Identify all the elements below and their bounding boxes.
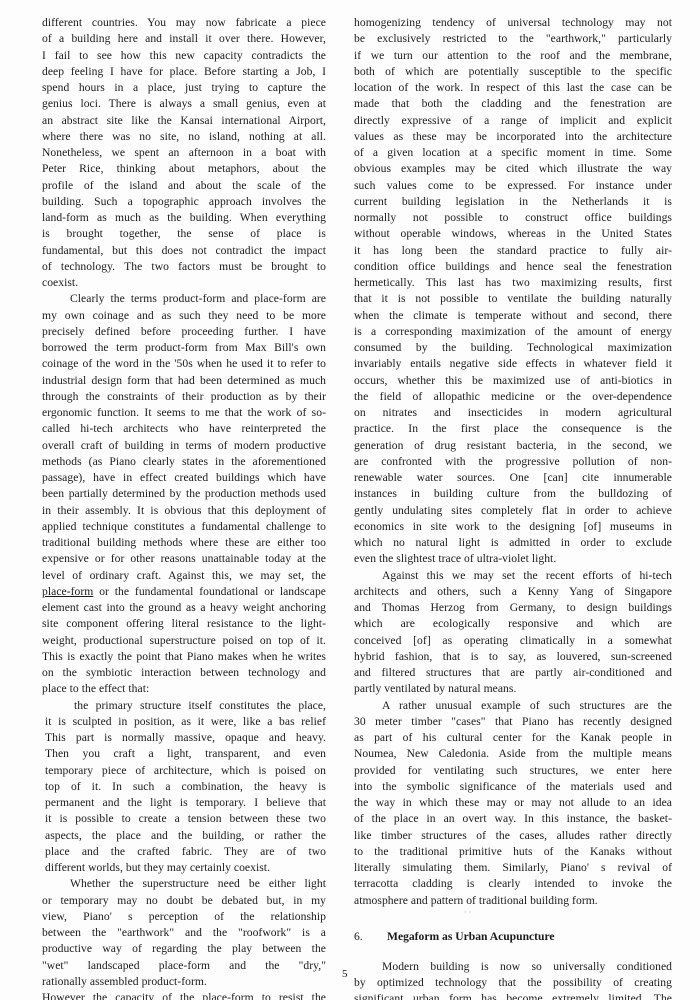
- text-line: between the "earthwork" and the "roofwor…: [42, 925, 326, 941]
- text-line-with-underline: place-form or the fundamental foundation…: [42, 584, 326, 600]
- text-line: of a given location at a specific moment…: [354, 145, 672, 161]
- text-line: applied technique constitutes a fundamen…: [42, 519, 326, 535]
- underlined-term: place-form: [42, 585, 93, 598]
- text-line: when the climate is temperate without an…: [354, 308, 672, 324]
- text-line: if we turn our attention to the roof and…: [354, 48, 672, 64]
- scan-speck: · ·: [354, 909, 672, 917]
- text-line: and Thomas Herzog from Germany, to desig…: [354, 600, 672, 616]
- text-line: industrial design form that had been det…: [42, 373, 326, 389]
- text-line: as part of his cultural center for the K…: [354, 730, 672, 746]
- paragraph-start-line: Against this we may set the recent effor…: [354, 568, 672, 584]
- text-line: which are ecologically responsive and wh…: [354, 616, 672, 632]
- text-line: profile of the island and about the scal…: [42, 178, 326, 194]
- text-line: fundamental, but this does not contradic…: [42, 243, 326, 259]
- text-line: is a corresponding maximization of the a…: [354, 324, 672, 340]
- text-line: invariably entails negative side effects…: [354, 356, 672, 372]
- text-line: and filtered structures that are partly …: [354, 665, 672, 681]
- text-line: traditional building methods where these…: [42, 535, 326, 551]
- quote-line: Then you craft a light, transparent, and…: [45, 746, 326, 762]
- quote-line: place and the crafted fabric. They are o…: [45, 844, 326, 860]
- page-number: 5: [342, 968, 348, 980]
- text-line: homogenizing tendency of universal techn…: [354, 15, 672, 31]
- text-line: coinage of the word in the '50s when he …: [42, 356, 326, 372]
- text-line: location of the work. In respect of this…: [354, 80, 672, 96]
- text-line: weight, productional superstructure pois…: [42, 633, 326, 649]
- text-line: economics in site work to the designing …: [354, 519, 672, 535]
- text-line: hermetically. This last has two maximizi…: [354, 275, 672, 291]
- paragraph-start-line: Whether the superstructure need be eithe…: [42, 876, 326, 892]
- text-line: been partially determined by the product…: [42, 486, 326, 502]
- text-line: occurs, whether this be maximized use of…: [354, 373, 672, 389]
- text-line: that it is not possible to ventilate the…: [354, 291, 672, 307]
- text-line: current building legislation in the Neth…: [354, 194, 672, 210]
- quote-line: it is sculpted in position, as it were, …: [45, 714, 326, 730]
- paragraph-start-line: Clearly the terms product-form and place…: [42, 291, 326, 307]
- text-line: deep feeling I have for place. Before st…: [42, 64, 326, 80]
- text-line: methods (as Piano clearly states in the …: [42, 454, 326, 470]
- text-line: condition office buildings and hence sea…: [354, 259, 672, 275]
- quote-line: different worlds, but they may certainly…: [45, 860, 326, 876]
- text-line: consumed by the building. Technological …: [354, 340, 672, 356]
- text-line: I fail to see how this new capacity cont…: [42, 48, 326, 64]
- right-column: homogenizing tendency of universal techn…: [354, 15, 672, 1000]
- text-line: expensive or for other reasons unattaina…: [42, 551, 326, 567]
- text-line: gently undulating sites completely flat …: [354, 503, 672, 519]
- text-line: site component offering literal resistan…: [42, 616, 326, 632]
- text-line: provided for ventilating such structures…: [354, 763, 672, 779]
- text-line: precisely defined before proceeding furt…: [42, 324, 326, 340]
- text-line: or temporary may no doubt be debated but…: [42, 893, 326, 909]
- paragraph-start-line: Modern building is now so universally co…: [354, 959, 672, 975]
- text-line: partly ventilated by natural means.: [354, 681, 672, 697]
- text-line: obvious examples may be cited which illu…: [354, 161, 672, 177]
- text-line: conceived [of] as operating climatically…: [354, 633, 672, 649]
- text-line: This is exactly the point that Piano mak…: [42, 649, 326, 665]
- text-line: passage), have in effect created buildin…: [42, 470, 326, 486]
- left-column: different countries. You may now fabrica…: [42, 15, 326, 1000]
- text-line: in their assembly. It is obvious that th…: [42, 503, 326, 519]
- text-line: such values come to be expressed. For in…: [354, 178, 672, 194]
- text-line: where there was no site, no island, noth…: [42, 129, 326, 145]
- text-line: spend hours in a place, just trying to c…: [42, 80, 326, 96]
- quote-line: the primary structure itself constitutes…: [45, 698, 326, 714]
- text-line: even the slightest trace of ultra-violet…: [354, 551, 672, 567]
- text-line: my own coinage and as such they need to …: [42, 308, 326, 324]
- text-line: productive way of regarding the play bet…: [42, 941, 326, 957]
- text-line: directly expressive of a range of implic…: [354, 113, 672, 129]
- text-line: building. Such a topographic approach in…: [42, 194, 326, 210]
- text-line: Peter Rice, thinking about metaphors, ab…: [42, 161, 326, 177]
- text-line: Noumea, New Caledonia. Aside from the mu…: [354, 746, 672, 762]
- text-line: to the traditional primitive huts of the…: [354, 844, 672, 860]
- text-line: instances in building culture from the b…: [354, 486, 672, 502]
- text-line: on the symbiotic interaction between tec…: [42, 665, 326, 681]
- text-line: it has long been the standard practice t…: [354, 243, 672, 259]
- text-line: literally simulating them. Similarly, Pi…: [354, 860, 672, 876]
- text-line: land-form as much as the building. When …: [42, 210, 326, 226]
- quote-line: temporary piece of architecture, which i…: [45, 763, 326, 779]
- text-line: through the constraints of their product…: [42, 389, 326, 405]
- text-line: element cast into the ground as a heavy …: [42, 600, 326, 616]
- text-line: the field of allopathic medicine or the …: [354, 389, 672, 405]
- text-line: of the place in an overt way. In this in…: [354, 811, 672, 827]
- text-line: terracotta cladding is clearly intended …: [354, 876, 672, 892]
- text-line: overall craft of building in terms of mo…: [42, 438, 326, 454]
- quote-line: top of it. In such a combination, the he…: [45, 779, 326, 795]
- quote-line: it is possible to create a tension betwe…: [45, 811, 326, 827]
- text-line: ergonomic function. It seems to me that …: [42, 405, 326, 421]
- text-line: place to the effect that:: [42, 681, 326, 697]
- quote-line: This part is normally massive, opaque an…: [45, 730, 326, 746]
- text-line: 30 meter timber "cases" that Piano has r…: [354, 714, 672, 730]
- text-line: an abstract site like the Kansai interna…: [42, 113, 326, 129]
- text-line: like timber structures of the cases, all…: [354, 828, 672, 844]
- section-number: 6.: [354, 929, 387, 945]
- text-line: architects and others, such a Kenny Yang…: [354, 584, 672, 600]
- text-line: "wet" landscaped place-form and the "dry…: [42, 958, 326, 974]
- text-line: made that both the cladding and the fene…: [354, 96, 672, 112]
- section-heading: 6.Megaform as Urban Acupuncture: [354, 929, 672, 945]
- text-line: is brought together, the sense of place …: [42, 226, 326, 242]
- text-line: borrowed the term product-form from Max …: [42, 340, 326, 356]
- block-quote: the primary structure itself constitutes…: [42, 698, 326, 877]
- paragraph-start-line: A rather unusual example of such structu…: [354, 698, 672, 714]
- text-line: However the capacity of the place-form t…: [42, 990, 326, 1000]
- section-title: Megaform as Urban Acupuncture: [387, 930, 555, 943]
- text-line: view, Piano' s perception of the relatio…: [42, 909, 326, 925]
- text-line: the way in which these may or may not al…: [354, 795, 672, 811]
- text-line: without operable windows, whereas in the…: [354, 226, 672, 242]
- document-page: different countries. You may now fabrica…: [0, 0, 700, 1000]
- text-line: be exclusively restricted to the "earthw…: [354, 31, 672, 47]
- text-line: called hi-tech architects who have reint…: [42, 421, 326, 437]
- text-line: level of ordinary craft. Against this, w…: [42, 568, 326, 584]
- text-line: Nonetheless, we spent an afternoon in a …: [42, 145, 326, 161]
- text-line: of technology. The two factors must be b…: [42, 259, 326, 275]
- text-line: renewable water sources. One [can] cite …: [354, 470, 672, 486]
- text-line: different countries. You may now fabrica…: [42, 15, 326, 31]
- text-line: rationally assembled product-form.: [42, 974, 326, 990]
- text-line: normally not possible to construct offic…: [354, 210, 672, 226]
- text-line: values as these may be incorporated into…: [354, 129, 672, 145]
- text-line: on nitrates and insecticides in modern a…: [354, 405, 672, 421]
- text-line: which no natural light is admitted in or…: [354, 535, 672, 551]
- text-line: of a building here and install it over t…: [42, 31, 326, 47]
- text-line: atmosphere and pattern of traditional bu…: [354, 893, 672, 909]
- text-line: are confronted with the progressive poll…: [354, 454, 672, 470]
- text-line: hybrid fashion, that is to say, as louve…: [354, 649, 672, 665]
- text-line: generation of drug resistant bacteria, i…: [354, 438, 672, 454]
- text-fragment: or the fundamental foundational or lands…: [99, 585, 326, 598]
- text-line: significant urban form has become extrem…: [354, 991, 672, 1000]
- quote-line: aspects, the place and the building, or …: [45, 828, 326, 844]
- text-line: by optimized technology that the possibi…: [354, 975, 672, 991]
- text-line: into the symbolic significance of the ma…: [354, 779, 672, 795]
- text-line: practice. In the first place the consequ…: [354, 421, 672, 437]
- text-line: coexist.: [42, 275, 326, 291]
- text-line: genius loci. There is always a small gen…: [42, 96, 326, 112]
- text-line: both of which are potentially susceptibl…: [354, 64, 672, 80]
- quote-line: permanent and the light is temporary. I …: [45, 795, 326, 811]
